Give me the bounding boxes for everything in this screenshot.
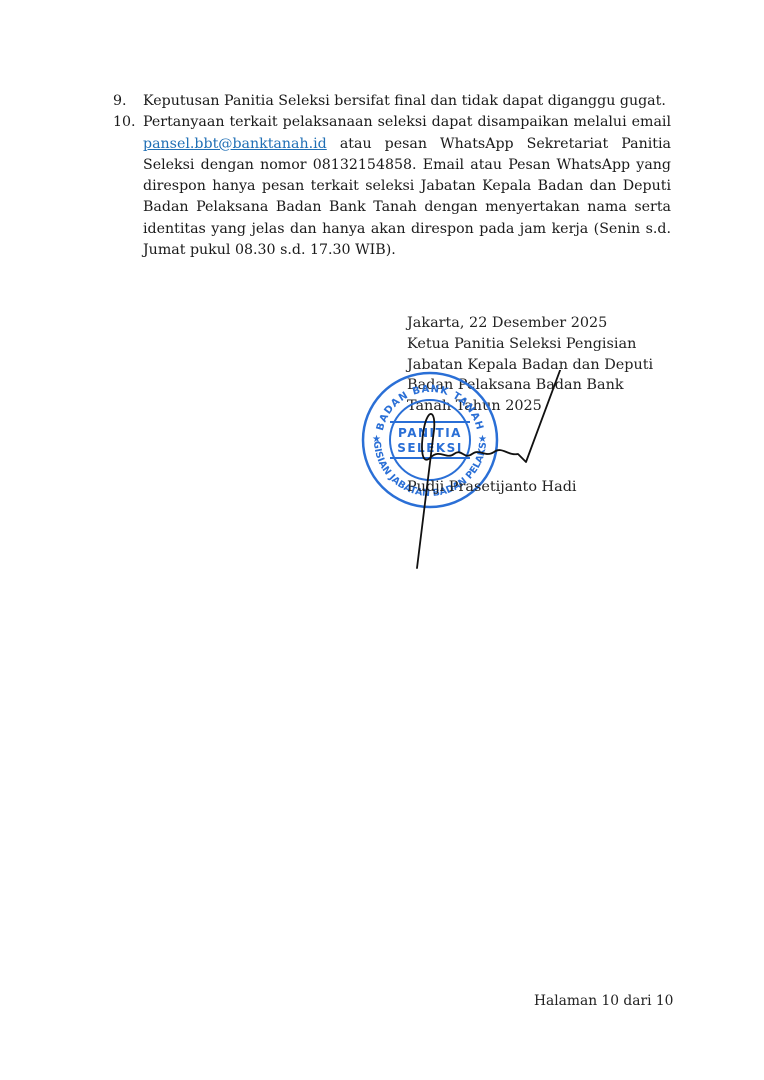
handwritten-signature [390, 370, 590, 580]
item-text-before: Pertanyaan terkait pelaksanaan seleksi d… [143, 114, 671, 130]
item-text: Keputusan Panitia Seleksi bersifat final… [143, 91, 671, 112]
list-item-10: 10. Pertanyaan terkait pelaksanaan selek… [113, 112, 671, 261]
item-text: Pertanyaan terkait pelaksanaan seleksi d… [143, 112, 671, 261]
email-link[interactable]: pansel.bbt@banktanah.id [143, 136, 327, 152]
place-date: Jakarta, 22 Desember 2025 [407, 313, 653, 334]
page-number: Halaman 10 dari 10 [534, 993, 673, 1009]
signer-title-line-1: Ketua Panitia Seleksi Pengisian [407, 334, 653, 355]
item-number: 9. [113, 91, 143, 112]
list-item-9: 9. Keputusan Panitia Seleksi bersifat fi… [113, 91, 671, 112]
numbered-list: 9. Keputusan Panitia Seleksi bersifat fi… [113, 91, 671, 261]
item-number: 10. [113, 112, 143, 261]
item-text-after: atau pesan WhatsApp Sekretariat Panitia … [143, 136, 671, 258]
svg-text:★: ★ [372, 434, 381, 445]
